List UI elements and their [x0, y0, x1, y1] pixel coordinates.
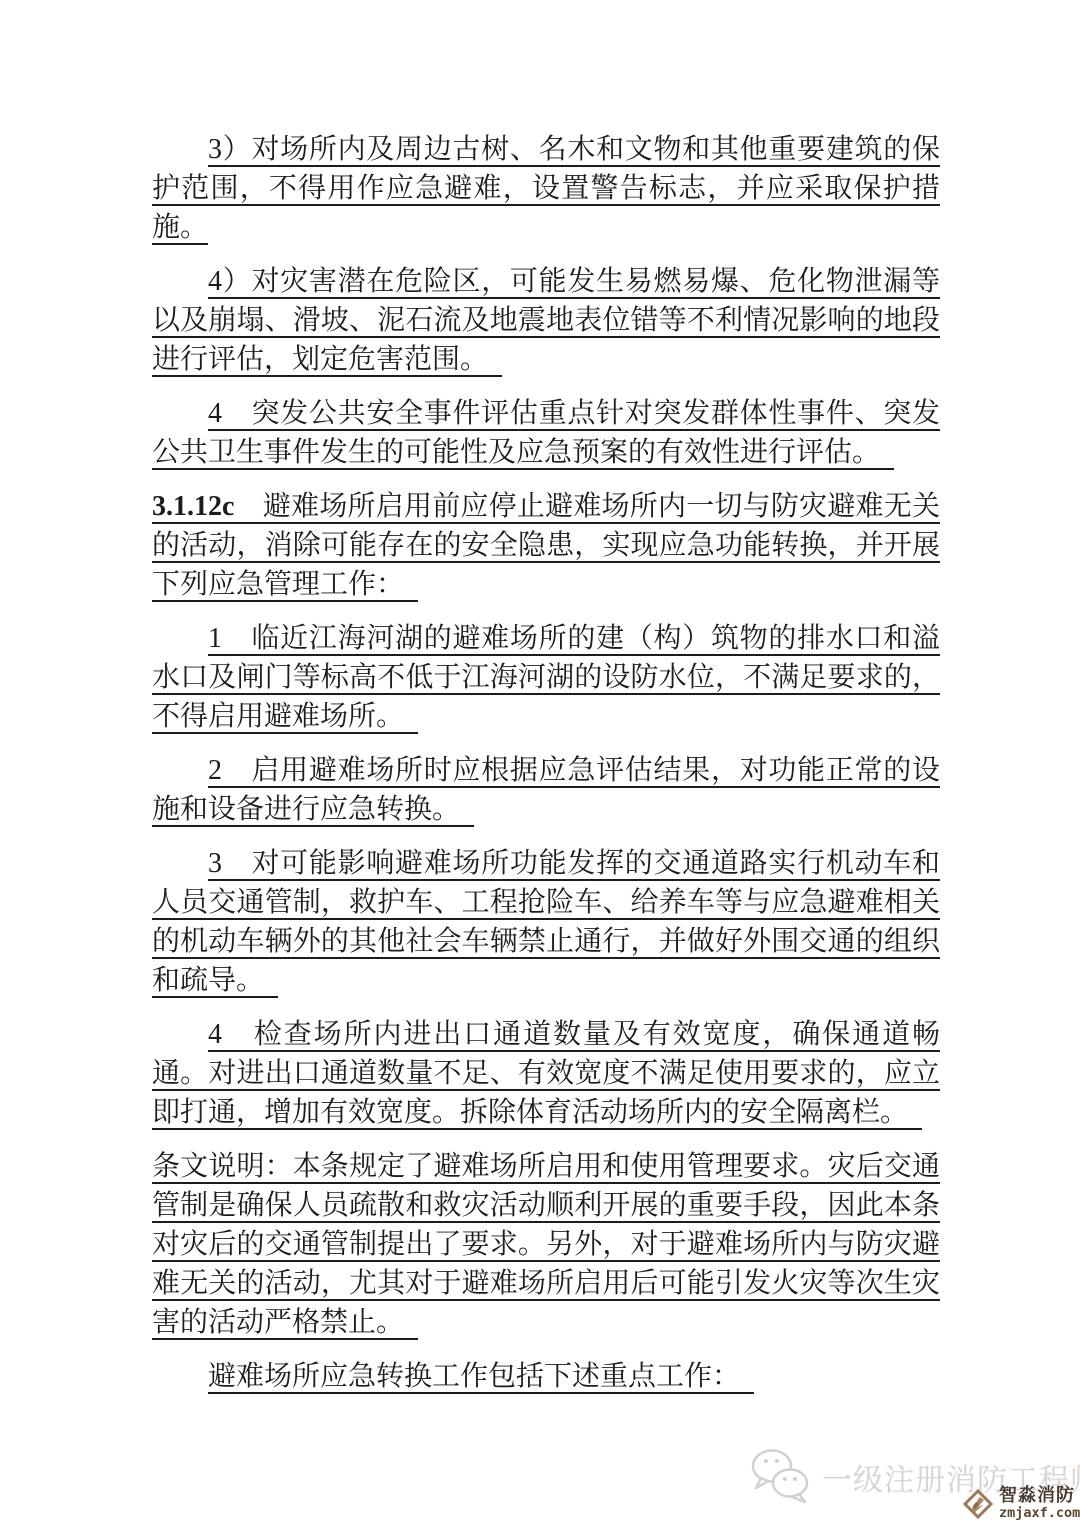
document-body: 3）对场所内及周边古树、名木和文物和其他重要建筑的保护范围，不得用作应急避难，设… [152, 130, 940, 1411]
brand-logo: 智淼消防 zmjaxf.com [960, 1486, 1080, 1527]
paragraph-explanation: 条文说明：本条规定了避难场所启用和使用管理要求。灾后交通管制是确保人员疏散和救灾… [152, 1147, 940, 1342]
paragraph-list-item-2: 2 启用避难场所时应根据应急评估结果，对功能正常的设施和设备进行应急转换。 [152, 751, 940, 829]
paragraph-list-item-1: 1 临近江海河湖的避难场所的建（构）筑物的排水口和溢水口及闸门等标高不低于江海河… [152, 619, 940, 736]
paragraph-list-item-3: 3 对可能影响避难场所功能发挥的交通道路实行机动车和人员交通管制，救护车、工程抢… [152, 844, 940, 1000]
paragraph-item-4: 4 突发公共安全事件评估重点针对突发群体性事件、突发公共卫生事件发生的可能性及应… [152, 394, 940, 472]
paragraph-subitem-4: 4）对灾害潜在危险区，可能发生易燃易爆、危化物泄漏等以及崩塌、滑坡、泥石流及地震… [152, 262, 940, 379]
clause-text: 避难场所启用前应停止避难场所内一切与防灾避难无关的活动，消除可能存在的安全隐患，… [152, 491, 940, 600]
clause-number: 3.1.12c [152, 491, 234, 522]
brand-name: 智淼消防 [999, 1486, 1080, 1504]
zhimiao-diamond-icon [960, 1486, 996, 1527]
wechat-icon [748, 1446, 814, 1509]
paragraph-subitem-3: 3）对场所内及周边古树、名木和文物和其他重要建筑的保护范围，不得用作应急避难，设… [152, 130, 940, 247]
paragraph-closing-line: 避难场所应急转换工作包括下述重点工作： [152, 1357, 940, 1396]
paragraph-list-item-4: 4 检查场所内进出口通道数量及有效宽度，确保通道畅通。对进出口通道数量不足、有效… [152, 1015, 940, 1132]
brand-domain: zmjaxf.com [999, 1507, 1080, 1521]
paragraph-clause-3-1-12c: 3.1.12c 避难场所启用前应停止避难场所内一切与防灾避难无关的活动，消除可能… [152, 487, 940, 604]
